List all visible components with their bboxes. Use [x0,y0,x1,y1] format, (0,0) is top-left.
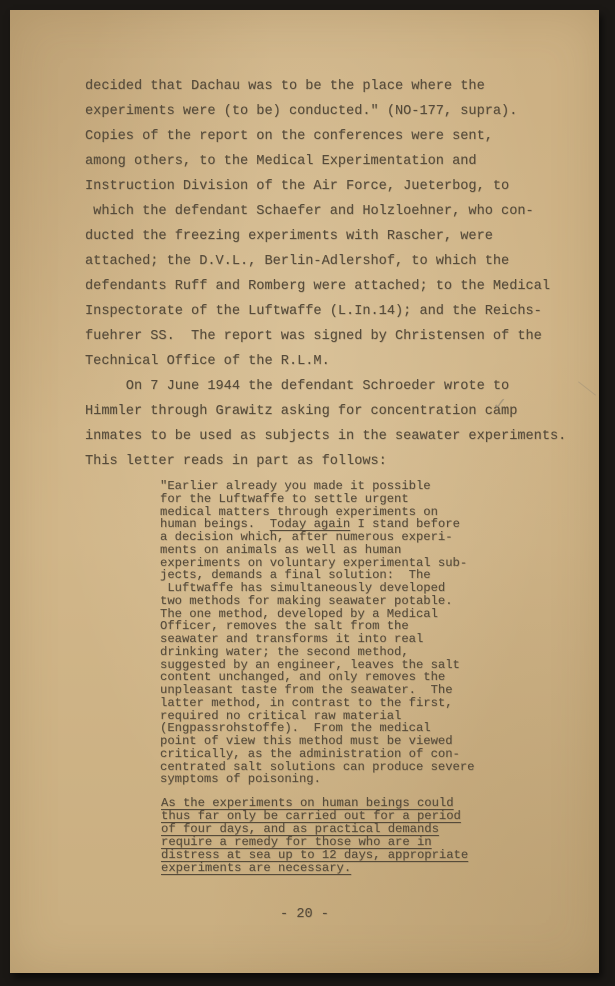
text-line: defendants Ruff and Romberg were attache… [85,274,566,299]
pencil-scratch-mark [578,381,596,395]
quoted-letter-underlined-paragraph: As the experiments on human beings could… [161,797,468,875]
scanned-page: decided that Dachau was to be the place … [10,10,599,973]
text-line: Technical Office of the R.L.M. [85,349,566,374]
quoted-letter: "Earlier already you made it possiblefor… [160,480,475,786]
text-line: Copies of the report on the conferences … [85,124,566,149]
text-line: experiments are necessary. [161,862,468,875]
text-line: This letter reads in part as follows: [85,449,566,474]
text-line: fuehrer SS. The report was signed by Chr… [85,324,566,349]
pencil-checkmark-icon: ✓ [492,393,508,416]
text-line: inmates to be used as subjects in the se… [85,424,566,449]
page-number: - 20 - [10,907,599,922]
text-line: Inspectorate of the Luftwaffe (L.In.14);… [85,299,566,324]
text-line: attached; the D.V.L., Berlin-Adlershof, … [85,249,566,274]
text-line: experiments were (to be) conducted." (NO… [85,99,566,124]
text-line: among others, to the Medical Experimenta… [85,149,566,174]
text-line: Instruction Division of the Air Force, J… [85,174,566,199]
text-line: symptoms of poisoning. [160,773,475,786]
text-line: decided that Dachau was to be the place … [85,74,566,99]
text-line: ducted the freezing experiments with Ras… [85,224,566,249]
text-line: which the defendant Schaefer and Holzloe… [85,199,566,224]
